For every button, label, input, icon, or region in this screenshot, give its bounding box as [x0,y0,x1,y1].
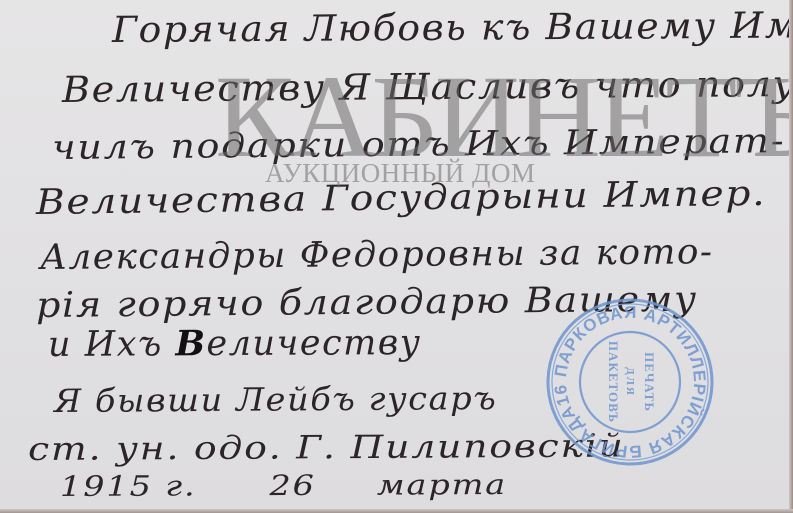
letter-line-1: Горячая Любовь къ Вашему Импер. [112,5,793,51]
letter-line-7-text: и Ихъ Величеству [48,323,422,365]
letter-line-9-signature: ст. ун. одо. Г. Пилиповскій [28,426,625,468]
letter-line-7: и Ихъ Величеству [48,322,422,365]
date-day: 26 [269,469,316,502]
letter-date: 1915 г. 26 марта [60,468,507,503]
stamp-inner-line-3: ПАКЕТОВЪ [606,341,621,423]
date-month: марта [377,468,507,502]
stamp-inner-line-1: ПЕЧАТЬ [642,352,657,412]
paper-edge-bottom [0,509,793,513]
military-unit-stamp: 16 ПАРКОВАЯ АРТИЛЛЕРІЙСКАЯ БРИГАДА ПЕЧАТ… [545,297,715,467]
stamp-seal-icon: 16 ПАРКОВАЯ АРТИЛЛЕРІЙСКАЯ БРИГАДА ПЕЧАТ… [545,297,715,467]
letter-paper: Горячая Любовь къ Вашему Импер. Величест… [0,0,793,513]
letter-line-8: Я бывши Лейбъ гусаръ [54,379,498,420]
stamp-inner-line-2: ДЛЯ [624,367,636,397]
date-year: 1915 г. [60,469,197,503]
heavy-ink-initial: В [175,323,206,364]
watermark-subtitle: АУКЦИОННЫЙ ДОМ [265,158,535,189]
paper-edge-right [789,0,793,513]
letter-line-5: Александры Федоровны за кото- [40,232,714,278]
